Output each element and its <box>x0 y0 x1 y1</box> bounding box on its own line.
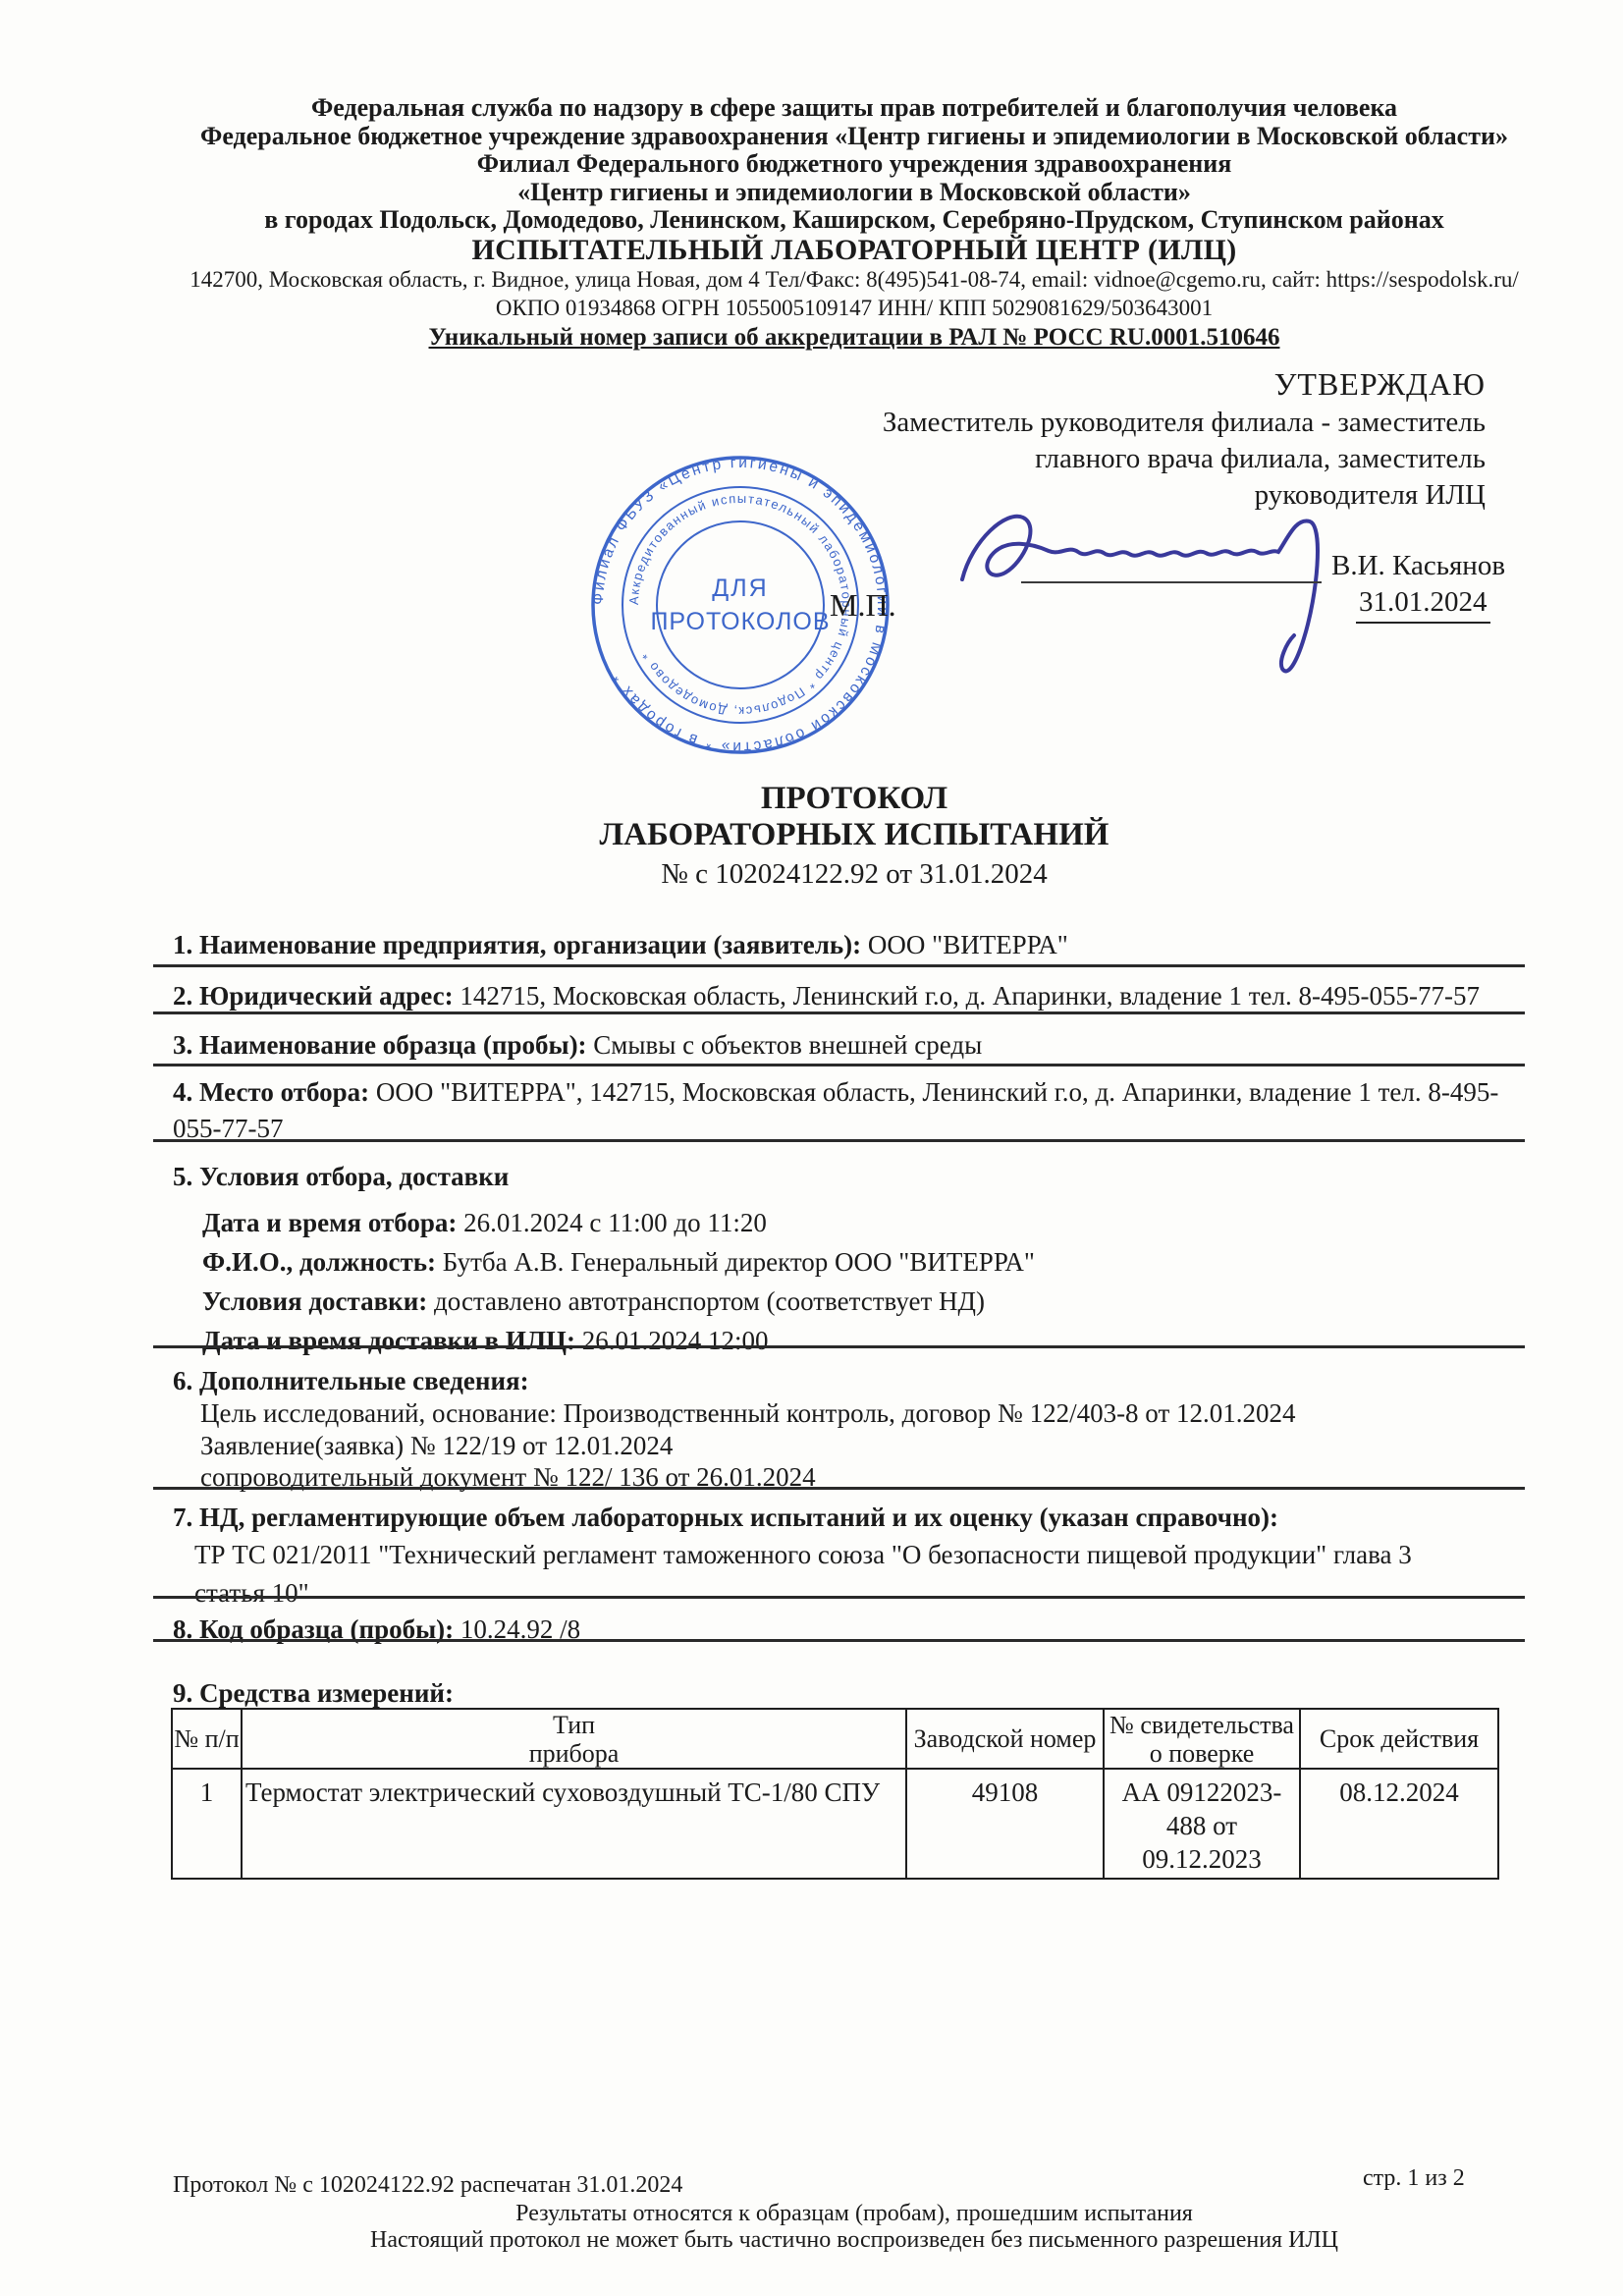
section-8: 8. Код образца (пробы): 10.24.92 /8 <box>155 1612 1542 1648</box>
protocol-scan-page: Федеральная служба по надзору в сфере за… <box>0 0 1623 2296</box>
footer-protocol-info: Протокол № с 102024122.92 распечатан 31.… <box>173 2172 682 2199</box>
signature-line <box>1021 581 1322 583</box>
footer-note-reproduction: Настоящий протокол не может быть частичн… <box>88 2227 1620 2254</box>
field-label: Условия доставки: <box>202 1286 427 1316</box>
stamp-center-line1: ДЛЯ <box>712 574 768 602</box>
section-6-heading: 6. Дополнительные сведения: <box>173 1365 1542 1397</box>
divider <box>153 1139 1525 1142</box>
section-5-field: Дата и время отбора: 26.01.2024 с 11:00 … <box>202 1203 1542 1242</box>
section-5-field: Дата и время доставки в ИЛЦ: 26.01.2024 … <box>202 1321 1542 1360</box>
section-5-field: Условия доставки: доставлено автотранспо… <box>202 1282 1542 1321</box>
footer-page-number: стр. 1 из 2 <box>1363 2165 1465 2192</box>
field-value: 26.01.2024 12:00 <box>582 1326 769 1355</box>
section-5-heading: 5. Условия отбора, доставки <box>173 1159 1542 1195</box>
cell-type: Термостат электрический суховоздушный ТС… <box>242 1769 906 1879</box>
stamp-place-label: М.П. <box>830 587 896 624</box>
field-label: Дата и время отбора: <box>202 1208 457 1237</box>
section-5: 5. Условия отбора, доставки Дата и время… <box>155 1159 1542 1360</box>
section-7-body-line1: ТР ТС 021/2011 "Технический регламент та… <box>194 1537 1542 1572</box>
cell-num: 1 <box>172 1769 242 1879</box>
cell-serial: 49108 <box>906 1769 1104 1879</box>
col-header-type-line1: Тип <box>243 1711 905 1739</box>
stamp-inner-circle <box>657 521 824 688</box>
section-6-line: Заявление(заявка) № 122/19 от 12.01.2024 <box>200 1430 1542 1462</box>
signature-scribble <box>933 496 1355 692</box>
col-header-validity: Срок действия <box>1300 1709 1498 1769</box>
section-9-heading: 9. Средства измерений: <box>155 1675 1542 1712</box>
section-1: 1. Наименование предприятия, организации… <box>155 927 1542 963</box>
field-label: Ф.И.О., должность: <box>202 1247 436 1277</box>
section-7-body-line2: статья 10" <box>194 1575 1542 1611</box>
header-institution-line: Федеральное бюджетное учреждение здравоо… <box>88 123 1620 151</box>
section-4: 4. Место отбора: ООО "ВИТЕРРА", 142715, … <box>155 1074 1542 1147</box>
header-agency-line: Федеральная служба по надзору в сфере за… <box>88 94 1620 123</box>
cell-validity: 08.12.2024 <box>1300 1769 1498 1879</box>
svg-text:Аккредитованный испытательный: Аккредитованный испытательный лабораторн… <box>626 491 854 719</box>
section-2-label: 2. Юридический адрес: <box>173 981 454 1011</box>
divider <box>153 1639 1525 1642</box>
header-address: 142700, Московская область, г. Видное, у… <box>88 265 1620 294</box>
field-value: 26.01.2024 с 11:00 до 11:20 <box>463 1208 767 1237</box>
section-6-line: Цель исследований, основание: Производст… <box>200 1397 1542 1430</box>
divider <box>153 1064 1525 1066</box>
header-center-line: «Центр гигиены и эпидемиологии в Московс… <box>88 179 1620 207</box>
protocol-title: ПРОТОКОЛ ЛАБОРАТОРНЫХ ИСПЫТАНИЙ № с 1020… <box>88 781 1620 893</box>
section-4-value: ООО "ВИТЕРРА", 142715, Московская област… <box>173 1077 1498 1143</box>
divider <box>153 1487 1525 1490</box>
approve-word: УТВЕРЖДАЮ <box>680 363 1486 405</box>
col-header-cert-line2: о поверке <box>1105 1739 1299 1768</box>
field-value: доставлено автотранспортом (соответствуе… <box>434 1286 985 1316</box>
section-9-label: 9. Средства измерений: <box>173 1678 454 1708</box>
section-2-value: 142715, Московская область, Ленинский г.… <box>460 981 1480 1011</box>
title-line2: ЛАБОРАТОРНЫХ ИСПЫТАНИЙ <box>88 817 1620 853</box>
col-header-num: № п/п <box>172 1709 242 1769</box>
section-7-heading: 7. НД, регламентирующие объем лабораторн… <box>173 1501 1542 1534</box>
section-6: 6. Дополнительные сведения: Цель исследо… <box>155 1365 1542 1494</box>
section-5-field: Ф.И.О., должность: Бутба А.В. Генеральны… <box>202 1242 1542 1282</box>
divider <box>153 1011 1525 1014</box>
section-4-label: 4. Место отбора: <box>173 1077 369 1107</box>
cell-cert: АА 09122023-488 от 09.12.2023 <box>1104 1769 1300 1879</box>
footer-note-results: Результаты относятся к образцам (пробам)… <box>88 2201 1620 2227</box>
section-2: 2. Юридический адрес: 142715, Московская… <box>155 978 1542 1014</box>
instruments-table: № п/п Тип прибора Заводской номер № свид… <box>171 1708 1499 1880</box>
col-header-type: Тип прибора <box>242 1709 906 1769</box>
approve-date: 31.01.2024 <box>1356 586 1490 624</box>
table-row: 1 Термостат электрический суховоздушный … <box>172 1769 1498 1879</box>
document-header: Федеральная служба по надзору в сфере за… <box>88 94 1620 352</box>
field-label: Дата и время доставки в ИЛЦ: <box>202 1326 575 1355</box>
section-7: 7. НД, регламентирующие объем лабораторн… <box>155 1501 1542 1611</box>
col-header-cert: № свидетельства о поверке <box>1104 1709 1300 1769</box>
divider <box>153 964 1525 967</box>
lab-center-name: ИСПЫТАТЕЛЬНЫЙ ЛАБОРАТОРНЫЙ ЦЕНТР (ИЛЦ) <box>88 235 1620 265</box>
col-header-type-line2: прибора <box>243 1739 905 1768</box>
table-header-row: № п/п Тип прибора Заводской номер № свид… <box>172 1709 1498 1769</box>
section-3: 3. Наименование образца (пробы): Смывы с… <box>155 1027 1542 1064</box>
approver-position-line1: Заместитель руководителя филиала - замес… <box>680 405 1486 441</box>
col-header-serial: Заводской номер <box>906 1709 1104 1769</box>
col-header-cert-line1: № свидетельства <box>1105 1711 1299 1739</box>
divider <box>153 1345 1525 1348</box>
section-1-label: 1. Наименование предприятия, организации… <box>173 930 861 959</box>
protocol-number: № с 102024122.92 от 31.01.2024 <box>88 856 1620 893</box>
field-value: Бутба А.В. Генеральный директор ООО "ВИТ… <box>443 1247 1035 1277</box>
section-3-value: Смывы с объектов внешней среды <box>593 1030 982 1060</box>
section-1-value: ООО "ВИТЕРРА" <box>868 930 1068 959</box>
title-line1: ПРОТОКОЛ <box>88 781 1620 817</box>
header-branch-line: Филиал Федерального бюджетного учреждени… <box>88 150 1620 179</box>
header-reg-codes: ОКПО 01934868 ОГРН 1055005109147 ИНН/ КП… <box>88 294 1620 322</box>
stamp-center-line2: ПРОТОКОЛОВ <box>650 608 830 635</box>
stamp-inner-ring-text: Аккредитованный испытательный лабораторн… <box>626 491 854 719</box>
signer-name: В.И. Касьянов <box>1331 550 1505 582</box>
divider <box>153 1596 1525 1599</box>
header-cities-line: в городах Подольск, Домодедово, Ленинско… <box>88 206 1620 235</box>
section-3-label: 3. Наименование образца (пробы): <box>173 1030 587 1060</box>
accreditation-number: Уникальный номер записи об аккредитации … <box>88 324 1620 352</box>
